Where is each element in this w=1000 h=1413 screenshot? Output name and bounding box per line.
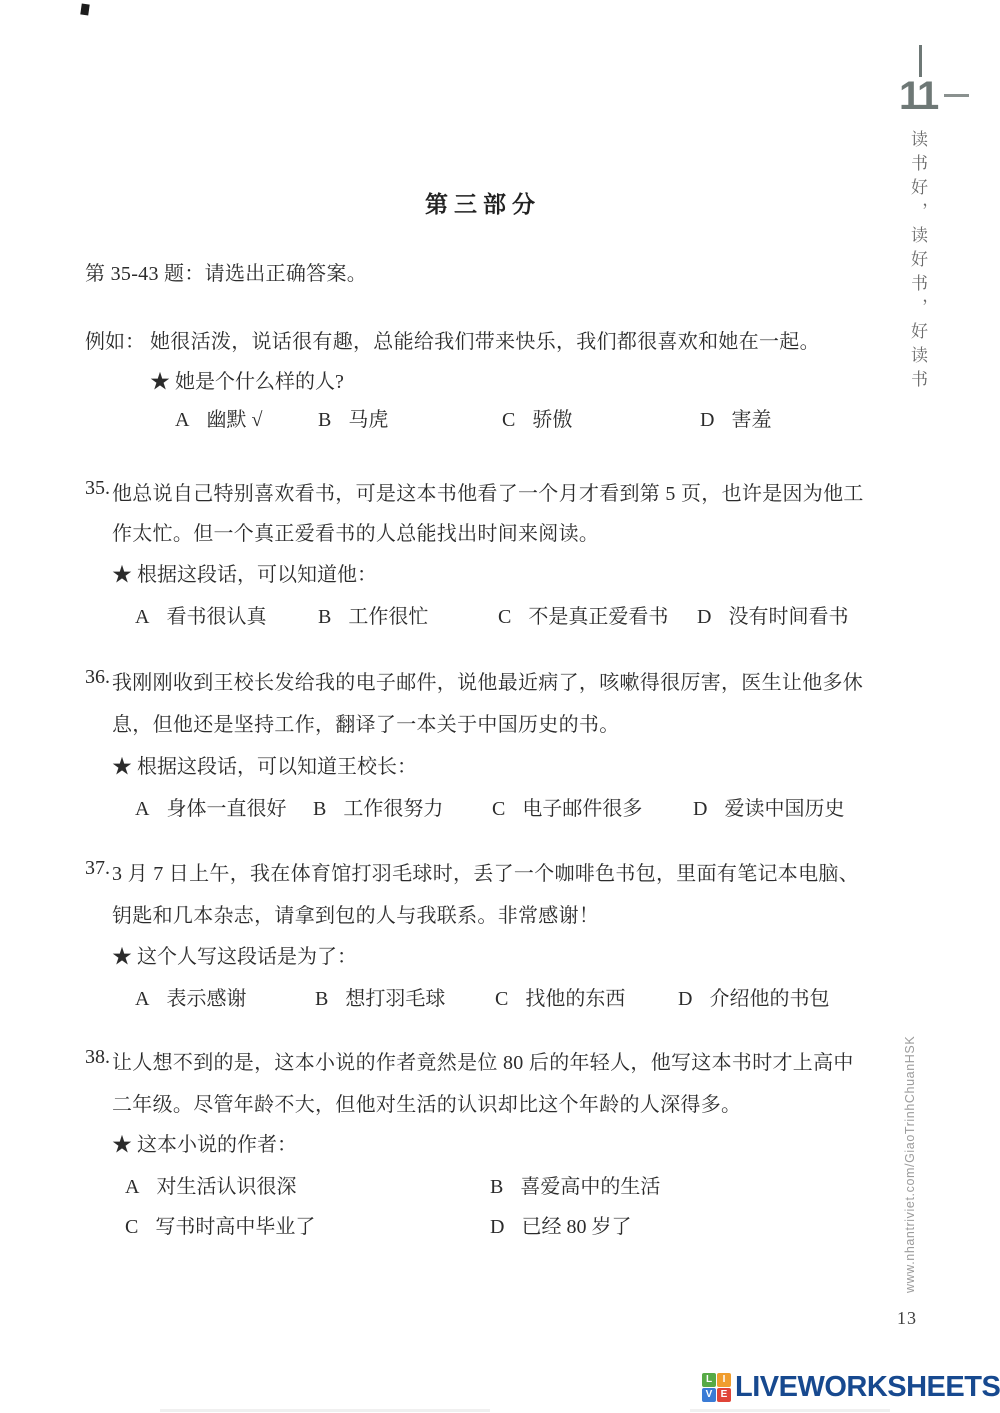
cutoff-text-artifact	[690, 1409, 890, 1412]
question-35-line2: 作太忙。但一个真正爱看书的人总能找出时间来阅读。	[112, 517, 599, 546]
option-letter: B	[318, 409, 331, 432]
option-text: 爱读中国历史	[724, 798, 844, 820]
side-slogan-vertical: 读书好，读好书，好读书	[909, 130, 926, 394]
question-38-line1: 让人想不到的是，这本小说的作者竟然是位 80 后的年轻人，他写这本书时才上高中	[112, 1046, 854, 1075]
logo-letter-e: E	[717, 1388, 731, 1402]
option-text: 工作很努力	[343, 798, 443, 820]
question-35-number: 35.	[85, 477, 110, 500]
question-37-line2: 钥匙和几本杂志，请拿到包的人与我联系。非常感谢！	[112, 899, 599, 928]
logo-letter-i: I	[717, 1373, 731, 1387]
q36-option-c[interactable]: C电子邮件很多	[492, 792, 642, 821]
option-letter: B	[315, 988, 328, 1011]
example-question: ★ 她是个什么样的人?	[150, 365, 344, 394]
page-number: 13	[897, 1308, 917, 1329]
option-text: 喜爱高中的生活	[520, 1176, 660, 1198]
question-36-line1: 我刚刚收到王校长发给我的电子邮件，说他最近病了，咳嗽得很厉害，医生让他多休	[112, 666, 863, 695]
cutoff-text-artifact	[160, 1409, 490, 1412]
worksheet-page: 第三部分 第 35-43 题：请选出正确答案。 例如： 她很活泼，说话很有趣，总…	[0, 0, 1000, 1413]
example-option-d[interactable]: D害羞	[700, 403, 771, 432]
question-36-line2: 息，但他还是坚持工作，翻译了一本关于中国历史的书。	[112, 708, 620, 737]
example-label: 例如：	[85, 325, 145, 354]
option-letter: C	[492, 798, 505, 821]
logo-letter-l: L	[702, 1373, 716, 1387]
question-35-line1: 他总说自己特别喜欢看书，可是这本书他看了一个月才看到第 5 页，也许是因为他工	[112, 477, 864, 506]
option-text: 写书时高中毕业了	[155, 1216, 315, 1238]
logo-letter-v: V	[702, 1388, 716, 1402]
option-letter: A	[135, 798, 149, 821]
q37-option-c[interactable]: C找他的东西	[495, 982, 625, 1011]
option-letter: D	[490, 1216, 504, 1239]
q38-option-a[interactable]: A对生活认识很深	[125, 1170, 296, 1199]
q36-option-a[interactable]: A身体一直很好	[135, 792, 286, 821]
option-text: 身体一直很好	[166, 798, 286, 820]
option-text: 电子邮件很多	[522, 798, 642, 820]
example-option-c[interactable]: C骄傲	[502, 403, 572, 432]
q37-option-b[interactable]: B想打羽毛球	[315, 982, 445, 1011]
q38-option-d[interactable]: D已经 80 岁了	[490, 1210, 631, 1239]
q36-option-b[interactable]: B工作很努力	[313, 792, 443, 821]
option-letter: A	[135, 606, 149, 629]
option-text: 已经 80 岁了	[521, 1216, 631, 1238]
option-text: 幽默 √	[206, 409, 262, 431]
liveworksheets-wordmark: LIVEWORKSHEETS	[735, 1371, 1000, 1404]
question-38-number: 38.	[85, 1046, 110, 1069]
q35-option-b[interactable]: B工作很忙	[318, 600, 428, 629]
question-37-line1: 3 月 7 日上午，我在体育馆打羽毛球时，丢了一个咖啡色书包，里面有笔记本电脑、	[112, 857, 859, 886]
question-36-prompt: ★ 根据这段话，可以知道王校长：	[112, 750, 417, 779]
chapter-number: 11	[899, 76, 937, 116]
q35-option-a[interactable]: A看书很认真	[135, 600, 266, 629]
option-letter: D	[697, 606, 711, 629]
q37-option-a[interactable]: A表示感谢	[135, 982, 246, 1011]
question-37-number: 37.	[85, 857, 110, 880]
option-letter: C	[125, 1216, 138, 1239]
instruction-line: 第 35-43 题：请选出正确答案。	[85, 257, 367, 286]
option-text: 想打羽毛球	[345, 988, 445, 1010]
option-letter: A	[175, 409, 189, 432]
side-url-vertical: www.nhantriviet.com/GiaoTrinhChuanHSK	[903, 993, 917, 1293]
option-text: 表示感谢	[166, 988, 246, 1010]
option-letter: B	[490, 1176, 503, 1199]
question-35-prompt: ★ 根据这段话，可以知道他：	[112, 558, 377, 587]
option-letter: D	[693, 798, 707, 821]
scan-artifact-mark	[80, 3, 89, 15]
option-text: 没有时间看书	[728, 606, 848, 628]
option-letter: C	[502, 409, 515, 432]
chapter-tick-line	[919, 45, 922, 77]
liveworksheets-grid-icon: L I V E	[702, 1373, 731, 1402]
example-option-a[interactable]: A幽默 √	[175, 403, 262, 432]
option-text: 介绍他的书包	[709, 988, 829, 1010]
option-letter: C	[495, 988, 508, 1011]
question-38-line2: 二年级。尽管年龄不大，但他对生活的认识却比这个年龄的人深得多。	[112, 1088, 741, 1117]
example-option-b[interactable]: B马虎	[318, 403, 388, 432]
option-letter: B	[313, 798, 326, 821]
q38-option-b[interactable]: B喜爱高中的生活	[490, 1170, 660, 1199]
option-letter: C	[498, 606, 511, 629]
option-text: 马虎	[348, 409, 388, 431]
option-text: 工作很忙	[348, 606, 428, 628]
q35-option-d[interactable]: D没有时间看书	[697, 600, 848, 629]
option-text: 害羞	[731, 409, 771, 431]
option-letter: A	[125, 1176, 139, 1199]
section-title: 第三部分	[425, 186, 541, 219]
question-37-prompt: ★ 这个人写这段话是为了：	[112, 940, 357, 969]
option-letter: A	[135, 988, 149, 1011]
option-letter: D	[678, 988, 692, 1011]
q35-option-c[interactable]: C不是真正爱看书	[498, 600, 668, 629]
option-letter: D	[700, 409, 714, 432]
option-text: 找他的东西	[525, 988, 625, 1010]
option-text: 对生活认识很深	[156, 1176, 296, 1198]
chapter-dash	[944, 94, 969, 97]
question-36-number: 36.	[85, 666, 110, 689]
option-letter: B	[318, 606, 331, 629]
q38-option-c[interactable]: C写书时高中毕业了	[125, 1210, 315, 1239]
option-text: 看书很认真	[166, 606, 266, 628]
option-text: 不是真正爱看书	[528, 606, 668, 628]
question-38-prompt: ★ 这本小说的作者：	[112, 1128, 297, 1157]
option-text: 骄傲	[532, 409, 572, 431]
q37-option-d[interactable]: D介绍他的书包	[678, 982, 829, 1011]
liveworksheets-logo[interactable]: L I V E LIVEWORKSHEETS	[702, 1371, 1000, 1404]
q36-option-d[interactable]: D爱读中国历史	[693, 792, 844, 821]
example-text: 她很活泼，说话很有趣，总能给我们带来快乐，我们都很喜欢和她在一起。	[150, 325, 820, 354]
